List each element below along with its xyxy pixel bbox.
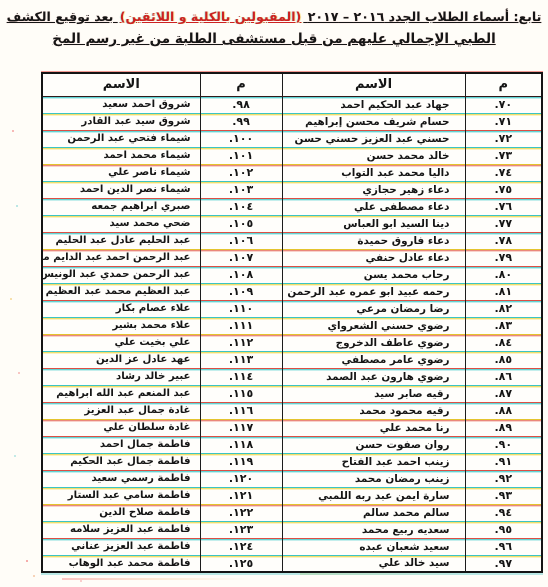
student-name: رضوي عاطف الدخروج xyxy=(282,334,465,351)
table-row: ٧٥.دعاء زهير حجازي١٠٣.شيماء نصر الدين اح… xyxy=(42,181,542,198)
table-row: ٨٧.رقيه صابر سيد١١٥.عبد المنعم عبد الله … xyxy=(42,385,542,402)
student-name: حسني عبد العزيز حسني حسن xyxy=(282,130,465,147)
table-row: ٧٨.دعاء فاروق حميدة١٠٦.عبد الحليم عادل ع… xyxy=(42,232,542,249)
student-name: رضوي عامر مصطفي xyxy=(282,351,465,368)
row-number: ٨٥. xyxy=(465,351,542,368)
student-name: حسام شريف محسن إبراهيم xyxy=(282,113,465,130)
table-row: ٧١.حسام شريف محسن إبراهيم٩٩.شروق سيد عبد… xyxy=(42,113,542,130)
student-name: غادة سلطان علي xyxy=(42,419,200,436)
title-line-2: الطبي الإجمالي عليهم من قبل مستشفى الطلب… xyxy=(0,31,548,47)
row-number: ٩٨. xyxy=(200,96,282,113)
student-name: صبري ابراهيم جمعه xyxy=(42,198,200,215)
table-row: ٨٠.رحاب محمد يسن١٠٨.عبد الرحمن حمدي عبد … xyxy=(42,266,542,283)
row-number: ٧١. xyxy=(465,113,542,130)
row-number: ٨١. xyxy=(465,283,542,300)
student-name: رنا محمد علي xyxy=(282,419,465,436)
students-table: م الاسم م الاسم ٧٠.جهاد عبد الحكيم احمد٩… xyxy=(41,72,543,573)
row-number: ١١٩. xyxy=(200,453,282,470)
row-number: ٩٣. xyxy=(465,487,542,504)
table-row: ٨٤.رضوي عاطف الدخروج١١٢.علي بخيت علي xyxy=(42,334,542,351)
student-name: علي بخيت علي xyxy=(42,334,200,351)
row-number: ١١٢. xyxy=(200,334,282,351)
student-name: شيماء ناصر علي xyxy=(42,164,200,181)
student-name: ضحي محمد سيد xyxy=(42,215,200,232)
student-name: دعاء مصطفى علي xyxy=(282,198,465,215)
table-row: ٩٠.روان صفوت حسن١١٨.فاطمة جمال احمد xyxy=(42,436,542,453)
col-header-name-left: الاسم xyxy=(42,73,200,96)
row-number: ١٠١. xyxy=(200,147,282,164)
row-number: ٧٥. xyxy=(465,181,542,198)
scan-noise-speckles xyxy=(0,0,2,2)
table-row: ٩٦.سعيد شعبان عبده١٢٤.فاطمة عبد العزيز ع… xyxy=(42,538,542,555)
row-number: ٩٤. xyxy=(465,504,542,521)
row-number: ٧٦. xyxy=(465,198,542,215)
student-name: سيد خالد علي xyxy=(282,555,465,572)
col-header-name-right: الاسم xyxy=(282,73,465,96)
student-name: سارة ايمن عبد ربه اللمبي xyxy=(282,487,465,504)
row-number: ١٠٠. xyxy=(200,130,282,147)
table-row: ٧٢.حسني عبد العزيز حسني حسن١٠٠.شيماء فتح… xyxy=(42,130,542,147)
table-body: ٧٠.جهاد عبد الحكيم احمد٩٨.شروق احمد سعيد… xyxy=(42,96,542,572)
student-name: رضوي حسني الشعرواي xyxy=(282,317,465,334)
student-name: رضا رمضان مرعي xyxy=(282,300,465,317)
row-number: ١٢٣. xyxy=(200,521,282,538)
row-number: ٩١. xyxy=(465,453,542,470)
student-name: شيماء فتحي عبد الرحمن xyxy=(42,130,200,147)
row-number: ١٢٤. xyxy=(200,538,282,555)
table-row: ٨٢.رضا رمضان مرعي١١٠.علاء عصام بكار xyxy=(42,300,542,317)
row-number: ١١٣. xyxy=(200,351,282,368)
student-name: سعيد شعبان عبده xyxy=(282,538,465,555)
student-name: فاطمة رسمي سعيد xyxy=(42,470,200,487)
row-number: ١٢٠. xyxy=(200,470,282,487)
document-title: تابع: أسماء الطلاب الجدد ٢٠١٦ – ٢٠١٧ (ال… xyxy=(0,9,548,47)
table-row: ٩١.زينب احمد عبد الفتاح١١٩.فاطمة جمال عب… xyxy=(42,453,542,470)
student-name: رقيه صابر سيد xyxy=(282,385,465,402)
student-name: عبد المنعم عبد الله ابراهيم xyxy=(42,385,200,402)
student-name: خالد محمد حسن xyxy=(282,147,465,164)
row-number: ٧٣. xyxy=(465,147,542,164)
row-number: ١٠٧. xyxy=(200,249,282,266)
student-name: علاء محمد بشير xyxy=(42,317,200,334)
table-row: ٩٧.سيد خالد علي١٢٥.فاطمة محمد عبد الوهاب xyxy=(42,555,542,572)
student-name: شيماء نصر الدين احمد xyxy=(42,181,200,198)
scan-smear xyxy=(300,573,470,575)
student-name: عهد عادل عز الدين xyxy=(42,351,200,368)
title-line1-text: تابع: أسماء الطلاب الجدد ٢٠١٦ – ٢٠١٧ xyxy=(303,9,541,24)
table-row: ٨٩.رنا محمد علي١١٧.غادة سلطان علي xyxy=(42,419,542,436)
row-number: ١١٦. xyxy=(200,402,282,419)
student-name: فاطمة عبد العزيز عناني xyxy=(42,538,200,555)
header-row: م الاسم م الاسم xyxy=(42,73,542,96)
row-number: ١٠٨. xyxy=(200,266,282,283)
student-name: عبد الرحمن حمدي عبد الونيس xyxy=(42,266,200,283)
row-number: ٨٣. xyxy=(465,317,542,334)
student-name: زينب رمضان محمد xyxy=(282,470,465,487)
row-number: ١١٧. xyxy=(200,419,282,436)
table-row: ٩٢.زينب رمضان محمد١٢٠.فاطمة رسمي سعيد xyxy=(42,470,542,487)
student-name: رحمه عبيد ابو عمره عبد الرحمن xyxy=(282,283,465,300)
row-number: ٧٧. xyxy=(465,215,542,232)
title-highlight-red: (المقبولين بالكلية و اللائقين) xyxy=(120,9,302,24)
student-name: عبد الحليم عادل عبد الحليم xyxy=(42,232,200,249)
row-number: ٨٦. xyxy=(465,368,542,385)
table-row: ٧٧.دينا السيد ابو العباس١٠٥.ضحي محمد سيد xyxy=(42,215,542,232)
student-name: فاطمة محمد عبد الوهاب xyxy=(42,555,200,572)
row-number: ١١٥. xyxy=(200,385,282,402)
col-header-num-right: م xyxy=(465,73,542,96)
row-number: ٧٩. xyxy=(465,249,542,266)
table-row: ٨٣.رضوي حسني الشعرواي١١١.علاء محمد بشير xyxy=(42,317,542,334)
row-number: ١٠٢. xyxy=(200,164,282,181)
row-number: ١٢١. xyxy=(200,487,282,504)
student-name: شروق احمد سعيد xyxy=(42,96,200,113)
table-row: ٧٩.دعاء عادل حنفي١٠٧.عبد الرحمن احمد عبد… xyxy=(42,249,542,266)
row-number: ٨٧. xyxy=(465,385,542,402)
row-number: ٧٢. xyxy=(465,130,542,147)
row-number: ٧٠. xyxy=(465,96,542,113)
student-name: فاطمة صلاح الدين xyxy=(42,504,200,521)
title-line1-tail: بعد توقيع الكشف xyxy=(7,9,118,24)
student-name: رضوي هارون عبد الصمد xyxy=(282,368,465,385)
student-name: عبد العظيم محمد عبد العظيم xyxy=(42,283,200,300)
student-name: رقيه محمود محمد xyxy=(282,402,465,419)
student-name: فاطمة سامي عبد الستار xyxy=(42,487,200,504)
student-name: دينا السيد ابو العباس xyxy=(282,215,465,232)
table-row: ٨٦.رضوي هارون عبد الصمد١١٤.عبير خالد رشا… xyxy=(42,368,542,385)
student-name: دعاء عادل حنفي xyxy=(282,249,465,266)
student-name: فاطمة جمال عبد الحكيم xyxy=(42,453,200,470)
row-number: ٩٢. xyxy=(465,470,542,487)
scan-smear xyxy=(62,578,252,580)
row-number: ١١٨. xyxy=(200,436,282,453)
student-name: سالم محمد سالم xyxy=(282,504,465,521)
student-name: شروق سيد عبد القادر xyxy=(42,113,200,130)
student-name: روان صفوت حسن xyxy=(282,436,465,453)
table-row: ٩٣.سارة ايمن عبد ربه اللمبي١٢١.فاطمة سام… xyxy=(42,487,542,504)
row-number: ٧٨. xyxy=(465,232,542,249)
row-number: ٨٢. xyxy=(465,300,542,317)
student-name: غادة جمال عبد العزيز xyxy=(42,402,200,419)
col-header-num-left: م xyxy=(200,73,282,96)
row-number: ٨٨. xyxy=(465,402,542,419)
table-row: ٧٣.خالد محمد حسن١٠١.شيماء محمد احمد xyxy=(42,147,542,164)
row-number: ١٠٥. xyxy=(200,215,282,232)
row-number: ١٠٤. xyxy=(200,198,282,215)
title-line-1: تابع: أسماء الطلاب الجدد ٢٠١٦ – ٢٠١٧ (ال… xyxy=(0,9,548,24)
student-name: علاء عصام بكار xyxy=(42,300,200,317)
table-row: ٨٥.رضوي عامر مصطفي١١٣.عهد عادل عز الدين xyxy=(42,351,542,368)
table-row: ٩٥.سعديه ربيع محمد١٢٣.فاطمة عبد العزيز س… xyxy=(42,521,542,538)
row-number: ١٢٥. xyxy=(200,555,282,572)
row-number: ٨٠. xyxy=(465,266,542,283)
table-header: م الاسم م الاسم xyxy=(42,73,542,96)
table-row: ٨١.رحمه عبيد ابو عمره عبد الرحمن١٠٩.عبد … xyxy=(42,283,542,300)
student-name: دعاء زهير حجازي xyxy=(282,181,465,198)
row-number: ١٠٣. xyxy=(200,181,282,198)
row-number: ١٢٢. xyxy=(200,504,282,521)
row-number: ١٠٦. xyxy=(200,232,282,249)
student-name: شيماء محمد احمد xyxy=(42,147,200,164)
row-number: ١١٤. xyxy=(200,368,282,385)
student-name: جهاد عبد الحكيم احمد xyxy=(282,96,465,113)
row-number: ١١١. xyxy=(200,317,282,334)
row-number: ٨٤. xyxy=(465,334,542,351)
row-number: ٩٦. xyxy=(465,538,542,555)
student-name: سعديه ربيع محمد xyxy=(282,521,465,538)
student-name: عبد الرحمن احمد عبد الدايم محمد xyxy=(42,249,200,266)
row-number: ٩٧. xyxy=(465,555,542,572)
student-name: فاطمة جمال احمد xyxy=(42,436,200,453)
row-number: ١٠٩. xyxy=(200,283,282,300)
row-number: ٩٩. xyxy=(200,113,282,130)
row-number: ٩٥. xyxy=(465,521,542,538)
table-row: ٧٦.دعاء مصطفى علي١٠٤.صبري ابراهيم جمعه xyxy=(42,198,542,215)
row-number: ٩٠. xyxy=(465,436,542,453)
student-name: زينب احمد عبد الفتاح xyxy=(282,453,465,470)
row-number: ١١٠. xyxy=(200,300,282,317)
student-name: عبير خالد رشاد xyxy=(42,368,200,385)
student-name: رحاب محمد يسن xyxy=(282,266,465,283)
student-name: دعاء فاروق حميدة xyxy=(282,232,465,249)
row-number: ٨٩. xyxy=(465,419,542,436)
table-row: ٨٨.رقيه محمود محمد١١٦.غادة جمال عبد العز… xyxy=(42,402,542,419)
student-name: فاطمة عبد العزيز سلامه xyxy=(42,521,200,538)
table-row: ٧٤.داليا محمد عبد التواب١٠٢.شيماء ناصر ع… xyxy=(42,164,542,181)
table-row: ٧٠.جهاد عبد الحكيم احمد٩٨.شروق احمد سعيد xyxy=(42,96,542,113)
student-name: داليا محمد عبد التواب xyxy=(282,164,465,181)
table-row: ٩٤.سالم محمد سالم١٢٢.فاطمة صلاح الدين xyxy=(42,504,542,521)
row-number: ٧٤. xyxy=(465,164,542,181)
